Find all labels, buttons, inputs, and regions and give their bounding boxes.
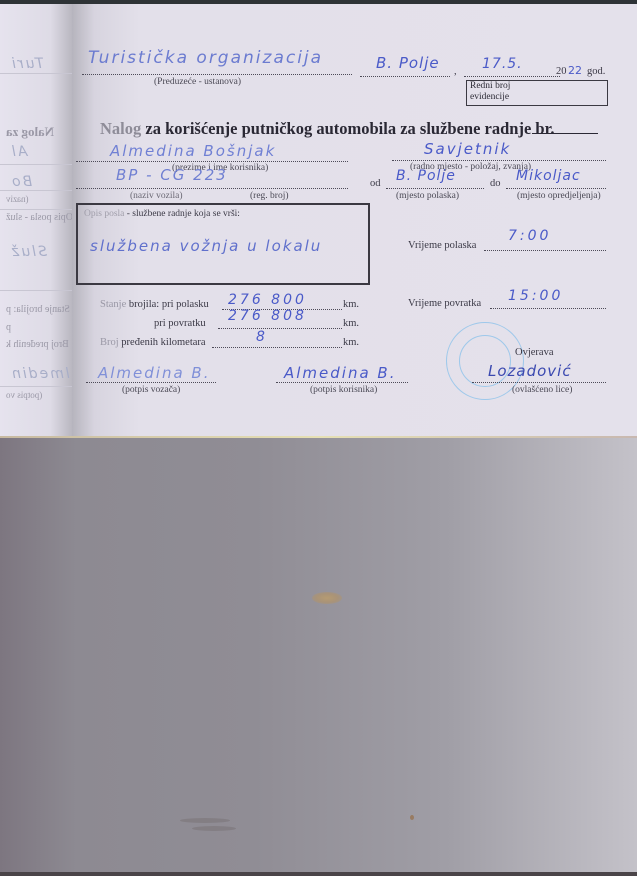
mirror-text: Bo xyxy=(10,174,32,190)
departure-time-value: 7:00 xyxy=(508,228,551,244)
return-time-line xyxy=(490,308,606,309)
driver-signature-label: (potpis vozača) xyxy=(122,385,180,395)
odometer-end-unit: km. xyxy=(343,318,359,329)
organization-line xyxy=(82,74,352,75)
register-number-box[interactable]: Redni broj evidencije xyxy=(466,80,608,106)
vehicle-line xyxy=(76,188,348,189)
route-from-line xyxy=(386,188,484,189)
user-signature: Almedina B. xyxy=(284,364,396,382)
place-line xyxy=(360,76,450,77)
page-fold-edge xyxy=(0,436,637,438)
smudge-mark xyxy=(192,826,236,831)
mirror-text: p xyxy=(6,322,11,333)
return-time-label: Vrijeme povratka xyxy=(408,298,481,309)
register-label-line2: evidencije xyxy=(470,92,509,102)
mirror-text: Al xyxy=(10,144,27,160)
user-signature-label: (potpis korisnika) xyxy=(310,385,377,395)
user-signature-line xyxy=(276,382,408,383)
odometer-start-unit: km. xyxy=(343,299,359,310)
register-label-line1: Redni broj xyxy=(470,81,510,91)
mirror-text: Nalog za xyxy=(6,124,54,140)
odometer-end-label: pri povratku xyxy=(154,318,206,329)
mirror-text: (naziv xyxy=(6,194,29,204)
route-from-value: B. Polje xyxy=(396,168,456,184)
authorized-signature-label: (ovlašćeno lice) xyxy=(512,385,572,395)
odometer-start-value: 276 800 xyxy=(228,292,307,308)
user-name-value: Almedina Bošnjak xyxy=(110,142,276,160)
mirror-text: (potpis vo xyxy=(6,390,42,400)
distance-line xyxy=(212,347,342,348)
title-text: za korišćenje putničkog automobila za sl… xyxy=(141,119,554,138)
smudge-mark xyxy=(410,815,414,820)
organization-label: (Preduzeće - ustanova) xyxy=(154,77,241,87)
job-description-label-faded: Opis posla xyxy=(84,209,124,219)
year-handwritten: 22 xyxy=(568,64,582,77)
date-value: 17.5. xyxy=(482,56,523,72)
job-description-label: Opis posla - službene radnje koja se vrš… xyxy=(84,209,240,219)
distance-unit: km. xyxy=(343,337,359,348)
mirror-text: Broj pređenih k xyxy=(6,339,69,350)
route-to-label: (mjesto opredjeljenja) xyxy=(517,191,601,201)
route-from-prefix: od xyxy=(370,178,381,189)
place-value: B. Polje xyxy=(376,54,440,72)
stain-mark xyxy=(312,592,342,604)
departure-time-label: Vrijeme polaska xyxy=(408,240,476,251)
departure-time-line xyxy=(484,250,606,251)
position-value: Savjetnik xyxy=(424,140,511,158)
date-line xyxy=(464,76,560,77)
job-description-box[interactable]: Opis posla - službene radnje koja se vrš… xyxy=(76,203,370,285)
route-to-line xyxy=(506,188,606,189)
return-time-value: 15:00 xyxy=(508,288,563,304)
driver-signature-line xyxy=(86,382,216,383)
blank-lower-area xyxy=(0,436,637,876)
form-title: Nalog za korišćenje putničkog automobila… xyxy=(100,119,555,139)
mirror-text: Služ xyxy=(10,244,47,260)
odometer-start-label: Stanje brojila: pri polasku xyxy=(100,299,209,310)
mirror-text: Opis posla - služ xyxy=(6,212,72,223)
driver-signature: Almedina B. xyxy=(98,364,210,382)
order-number-line[interactable] xyxy=(532,133,598,134)
user-name-line xyxy=(76,161,348,162)
mirror-text: Turi xyxy=(10,56,44,72)
year-prefix: 20 xyxy=(556,66,567,77)
authorized-signature: Lozadović xyxy=(488,362,572,380)
position-line xyxy=(392,160,606,161)
smudge-mark xyxy=(180,818,230,823)
authorized-signature-line xyxy=(472,382,606,383)
certify-label: Ovjerava xyxy=(515,347,553,358)
back-page-bleed: Turi Nalog za Al Bo (naziv Opis posla - … xyxy=(0,4,72,436)
mirror-text: Almedin xyxy=(10,366,72,382)
odometer-end-value: 276 808 xyxy=(228,308,307,324)
distance-value: 8 xyxy=(256,329,267,345)
route-to-prefix: do xyxy=(490,178,501,189)
vehicle-name-label: (naziv vozila) xyxy=(130,191,183,201)
vehicle-value: BP - CG 223 xyxy=(116,166,228,184)
distance-label: Broj pređenih kilometara xyxy=(100,337,206,348)
year-suffix: god. xyxy=(587,66,605,77)
organization-value: Turistička organizacija xyxy=(88,48,323,68)
vehicle-reg-label: (reg. broj) xyxy=(250,191,289,201)
comma: , xyxy=(454,66,457,77)
odometer-end-line xyxy=(218,328,342,329)
travel-order-form: Turistička organizacija (Preduzeće - ust… xyxy=(72,4,637,436)
scan-bottom-edge xyxy=(0,872,637,876)
route-from-label: (mjesto polaska) xyxy=(396,191,459,201)
job-description-value: službena vožnja u lokalu xyxy=(90,237,322,255)
route-to-value: Mikoljac xyxy=(516,168,581,184)
mirror-text: Stanje brojila: p xyxy=(6,304,70,315)
title-faded: Nalog xyxy=(100,119,141,138)
